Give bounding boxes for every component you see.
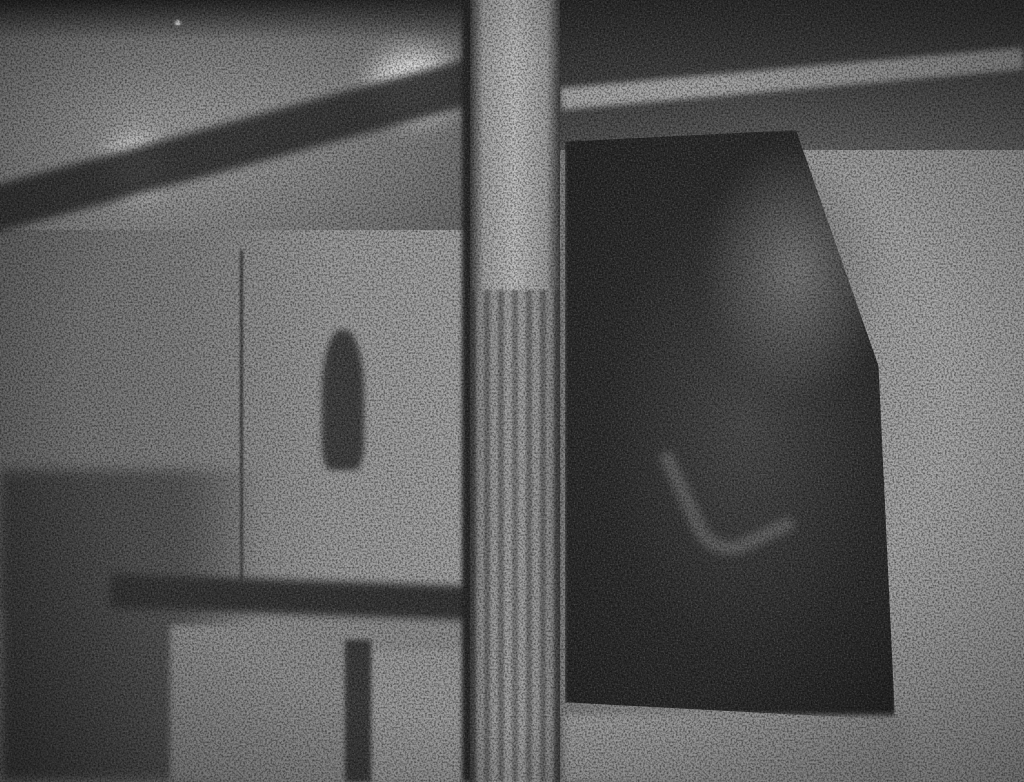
shelf-leg [345, 640, 371, 782]
painting-bottom-edge [565, 715, 905, 782]
small-light-spot [175, 20, 181, 26]
foreground-panel [170, 625, 350, 782]
painting-highlight [700, 140, 890, 400]
pillar-stripes [470, 290, 560, 782]
ceiling-shadow [0, 0, 480, 40]
foreground-panel-right [372, 650, 472, 782]
photo-scene: Grainy monochrome photograph of an inter… [0, 0, 1024, 782]
wall-figure [322, 330, 364, 470]
